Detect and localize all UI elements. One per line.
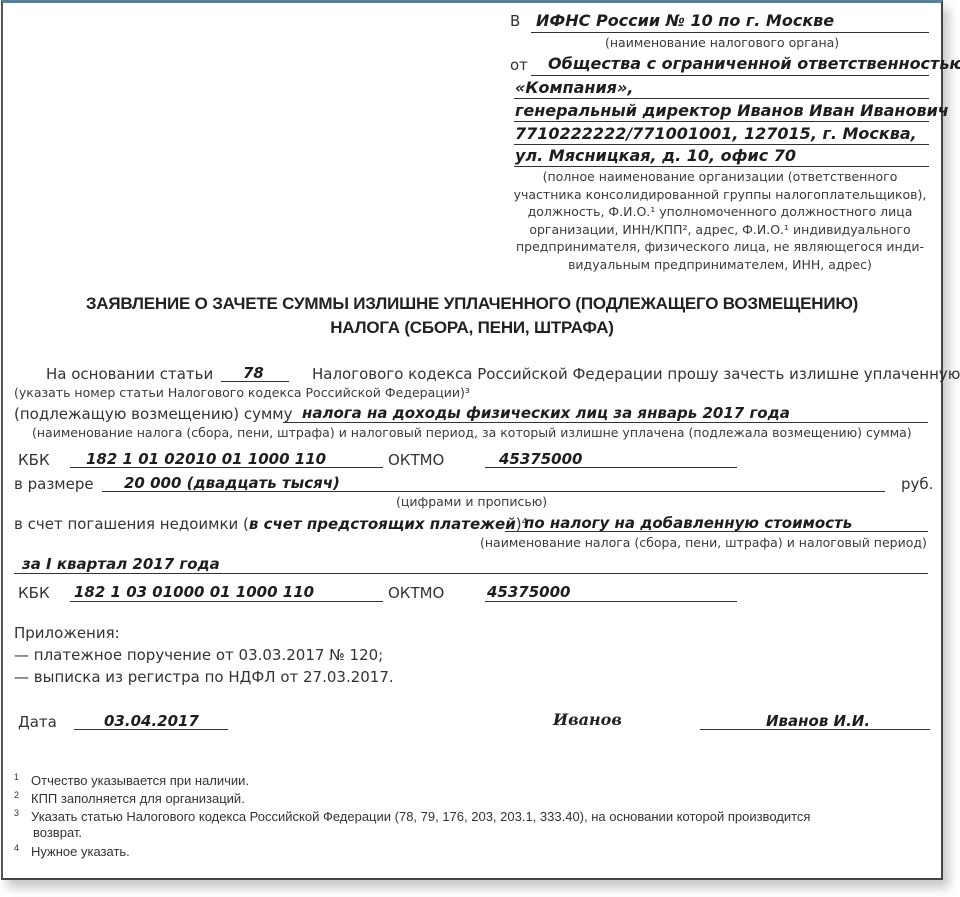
kbk-label-1: КБК <box>18 451 50 469</box>
offset-tax-value: по налогу на добавленную стоимость <box>524 514 852 532</box>
from-prefix: от <box>510 56 528 74</box>
footnote-text: КПП заполняется для организаций. <box>31 791 245 806</box>
offset-tax-line <box>505 531 928 532</box>
article-line <box>221 381 289 382</box>
amount-prefix: в размере <box>14 475 94 493</box>
footnote-mark: 1 <box>14 772 19 782</box>
footnote-3: 3Указать статью Налогового кодекса Росси… <box>14 808 810 824</box>
article-value: 78 <box>243 364 264 382</box>
tax-office-hint: (наименование налогового органа) <box>605 35 839 50</box>
document-title-line-1: ЗАЯВЛЕНИЕ О ЗАЧЕТЕ СУММЫ ИЗЛИШНЕ УПЛАЧЕН… <box>0 294 944 314</box>
from-hint: (полное наименование организации (ответс… <box>505 168 935 273</box>
kbk-value-2: 182 1 03 01000 01 1000 110 <box>74 583 314 601</box>
from-value-3: генеральный директор Иванов Иван Иванови… <box>515 101 949 120</box>
from-line-3 <box>514 121 929 122</box>
oktmo-label-1: ОКТМО <box>388 451 444 469</box>
oktmo-value-1: 45375000 <box>499 450 583 468</box>
footnote-3-cont: возврат. <box>33 825 82 840</box>
from-hint-line: предпринимателя, физического лица, не яв… <box>505 238 935 256</box>
article-hint: (указать номер статьи Налогового кодекса… <box>14 385 470 400</box>
kbk-value-1: 182 1 01 02010 01 1000 110 <box>86 450 326 468</box>
tax-sum-hint: (наименование налога (сбора, пени, штраф… <box>32 425 912 440</box>
signer-name: Иванов И.И. <box>766 712 870 730</box>
date-value: 03.04.2017 <box>104 712 199 730</box>
from-value-4: 7710222222/771001001, 127015, г. Москва, <box>515 124 917 143</box>
amount-unit: руб. <box>901 475 933 493</box>
footnote-mark: 4 <box>14 843 19 853</box>
period-value: за I квартал 2017 года <box>22 555 220 573</box>
kbk-line-2 <box>70 601 383 602</box>
offset-label: в счет погашения недоимки (в счет предст… <box>14 515 528 533</box>
basis-suffix: Налогового кодекса Российской Федерации … <box>312 365 960 383</box>
attachment-item: — платежное поручение от 03.03.2017 № 12… <box>14 646 383 664</box>
footnote-text: возврат. <box>33 825 82 840</box>
period-line <box>14 573 928 574</box>
footnote-text: Отчество указывается при наличии. <box>31 773 249 788</box>
attachment-item: — выписка из регистра по НДФЛ от 27.03.2… <box>14 668 394 686</box>
from-hint-line: (полное наименование организации (ответс… <box>505 168 935 186</box>
signer-name-line <box>700 729 930 730</box>
offset-prefix: в счет погашения недоимки ( <box>14 515 249 533</box>
attachments-title: Приложения: <box>14 624 120 642</box>
tax-sum-line <box>283 422 928 423</box>
footnote-mark: 3 <box>14 808 19 818</box>
from-line-4 <box>514 144 929 145</box>
oktmo-line-1 <box>485 467 737 468</box>
sum-prefix: (подлежащую возмещению) сумму <box>14 405 292 423</box>
date-label: Дата <box>18 713 57 731</box>
from-hint-line: участника консолидированной группы налог… <box>505 186 935 204</box>
oktmo-line-2 <box>485 601 737 602</box>
footnote-text: Нужное указать. <box>31 844 130 859</box>
offset-choice: в счет предстоящих платежей <box>249 515 516 533</box>
amount-value: 20 000 (двадцать тысяч) <box>124 474 340 492</box>
from-hint-line: должность, Ф.И.О.¹ уполномоченного должн… <box>505 203 935 221</box>
from-line-2 <box>514 98 929 99</box>
oktmo-value-2: 45375000 <box>487 583 571 601</box>
from-value-5: ул. Мясницкая, д. 10, офис 70 <box>515 146 796 165</box>
from-value-1: Общества с ограниченной ответственностью <box>548 54 960 73</box>
footnote-4: 4Нужное указать. <box>14 843 130 859</box>
oktmo-label-2: ОКТМО <box>388 584 444 602</box>
from-hint-line: организации, ИНН/КПП², адрес, Ф.И.О.¹ ин… <box>505 221 935 239</box>
from-line-1 <box>531 75 929 76</box>
footnote-1: 1Отчество указывается при наличии. <box>14 772 249 788</box>
from-hint-line: видуальным предпринимателем, ИНН, адрес) <box>505 256 935 274</box>
footnote-text: Указать статью Налогового кодекса Россий… <box>31 809 810 824</box>
signature: Иванов <box>553 710 622 729</box>
to-prefix: В <box>510 12 520 30</box>
amount-hint: (цифрами и прописью) <box>396 494 547 509</box>
tax-office-line <box>531 32 929 33</box>
from-value-2: «Компания», <box>515 78 633 97</box>
footnote-2: 2КПП заполняется для организаций. <box>14 790 245 806</box>
tax-office-value: ИФНС России № 10 по г. Москве <box>536 11 834 30</box>
kbk-line-1 <box>70 467 383 468</box>
document-title-line-2: НАЛОГА (СБОРА, ПЕНИ, ШТРАФА) <box>0 318 944 338</box>
amount-line <box>102 491 885 492</box>
offset-hint: (наименование налога (сбора, пени, штраф… <box>480 535 927 550</box>
from-line-5 <box>514 166 929 167</box>
date-line <box>74 729 228 730</box>
basis-prefix: На основании статьи <box>46 365 213 383</box>
kbk-label-2: КБК <box>18 584 50 602</box>
footnote-mark: 2 <box>14 790 19 800</box>
tax-sum-value: налога на доходы физических лиц за январ… <box>302 404 790 422</box>
